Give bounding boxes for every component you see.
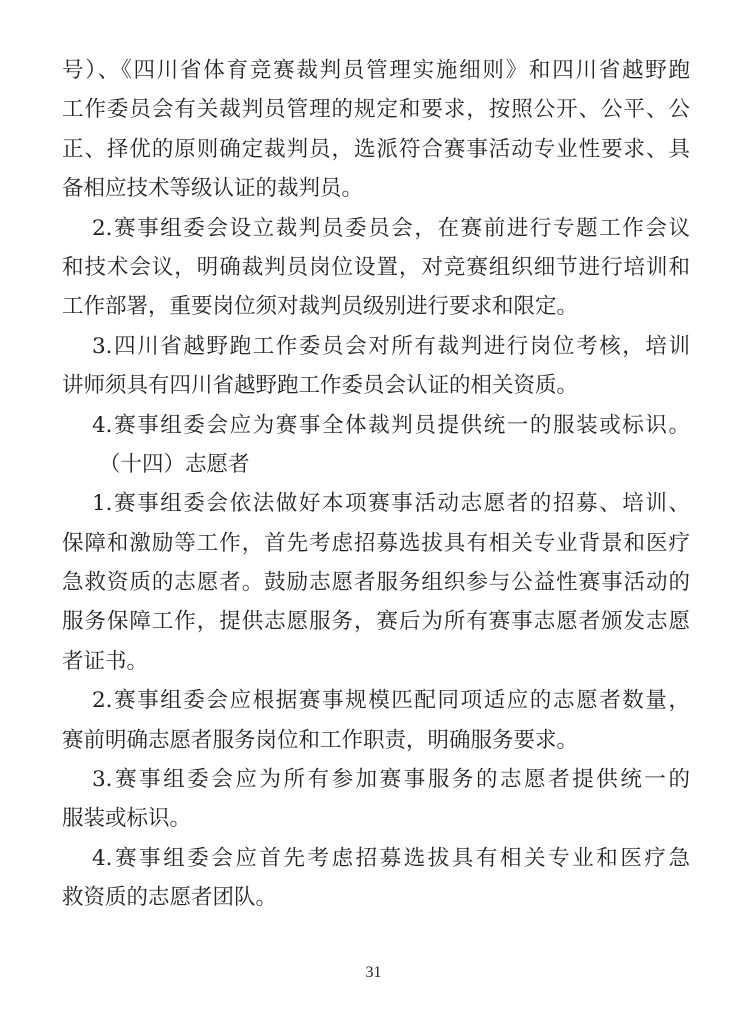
text-line: 讲师须具有四川省越野跑工作委员会认证的相关资质。 [62,366,690,405]
text-line: 2.赛事组委会设立裁判员委员会，在赛前进行专题工作会议 [62,209,690,248]
text-line: 保障和激励等工作，首先考虑招募选拔具有相关专业背景和医疗 [62,524,690,563]
text-line: 和技术会议，明确裁判员岗位设置，对竞赛组织细节进行培训和 [62,248,690,287]
text-line: 救资质的志愿者团队。 [62,878,690,917]
text-line: 3.赛事组委会应为所有参加赛事服务的志愿者提供统一的 [62,760,690,799]
text-line: 服务保障工作，提供志愿服务，赛后为所有赛事志愿者颁发志愿 [62,602,690,641]
text-line: 急救资质的志愿者。鼓励志愿者服务组织参与公益性赛事活动的 [62,563,690,602]
text-line: 者证书。 [62,642,690,681]
text-line: 4.赛事组委会应首先考虑招募选拔具有相关专业和医疗急 [62,839,690,878]
document-body: 号）、《四川省体育竞赛裁判员管理实施细则》和四川省越野跑工作委员会有关裁判员管理… [62,51,690,918]
page-number: 31 [0,963,747,983]
text-line: 2.赛事组委会应根据赛事规模匹配同项适应的志愿者数量， [62,681,690,720]
text-line: 1.赛事组委会依法做好本项赛事活动志愿者的招募、培训、 [62,484,690,523]
text-line: 服装或标识。 [62,799,690,838]
text-line: 4.赛事组委会应为赛事全体裁判员提供统一的服装或标识。 [62,406,690,445]
text-line: 赛前明确志愿者服务岗位和工作职责，明确服务要求。 [62,721,690,760]
text-line: （十四）志愿者 [62,445,690,484]
text-line: 号）、《四川省体育竞赛裁判员管理实施细则》和四川省越野跑 [62,51,690,90]
text-line: 备相应技术等级认证的裁判员。 [62,169,690,208]
document-page: 号）、《四川省体育竞赛裁判员管理实施细则》和四川省越野跑工作委员会有关裁判员管理… [0,0,747,1009]
text-line: 3.四川省越野跑工作委员会对所有裁判进行岗位考核，培训 [62,327,690,366]
text-line: 工作部署，重要岗位须对裁判员级别进行要求和限定。 [62,287,690,326]
text-line: 工作委员会有关裁判员管理的规定和要求，按照公开、公平、公 [62,90,690,129]
text-line: 正、择优的原则确定裁判员，选派符合赛事活动专业性要求、具 [62,130,690,169]
